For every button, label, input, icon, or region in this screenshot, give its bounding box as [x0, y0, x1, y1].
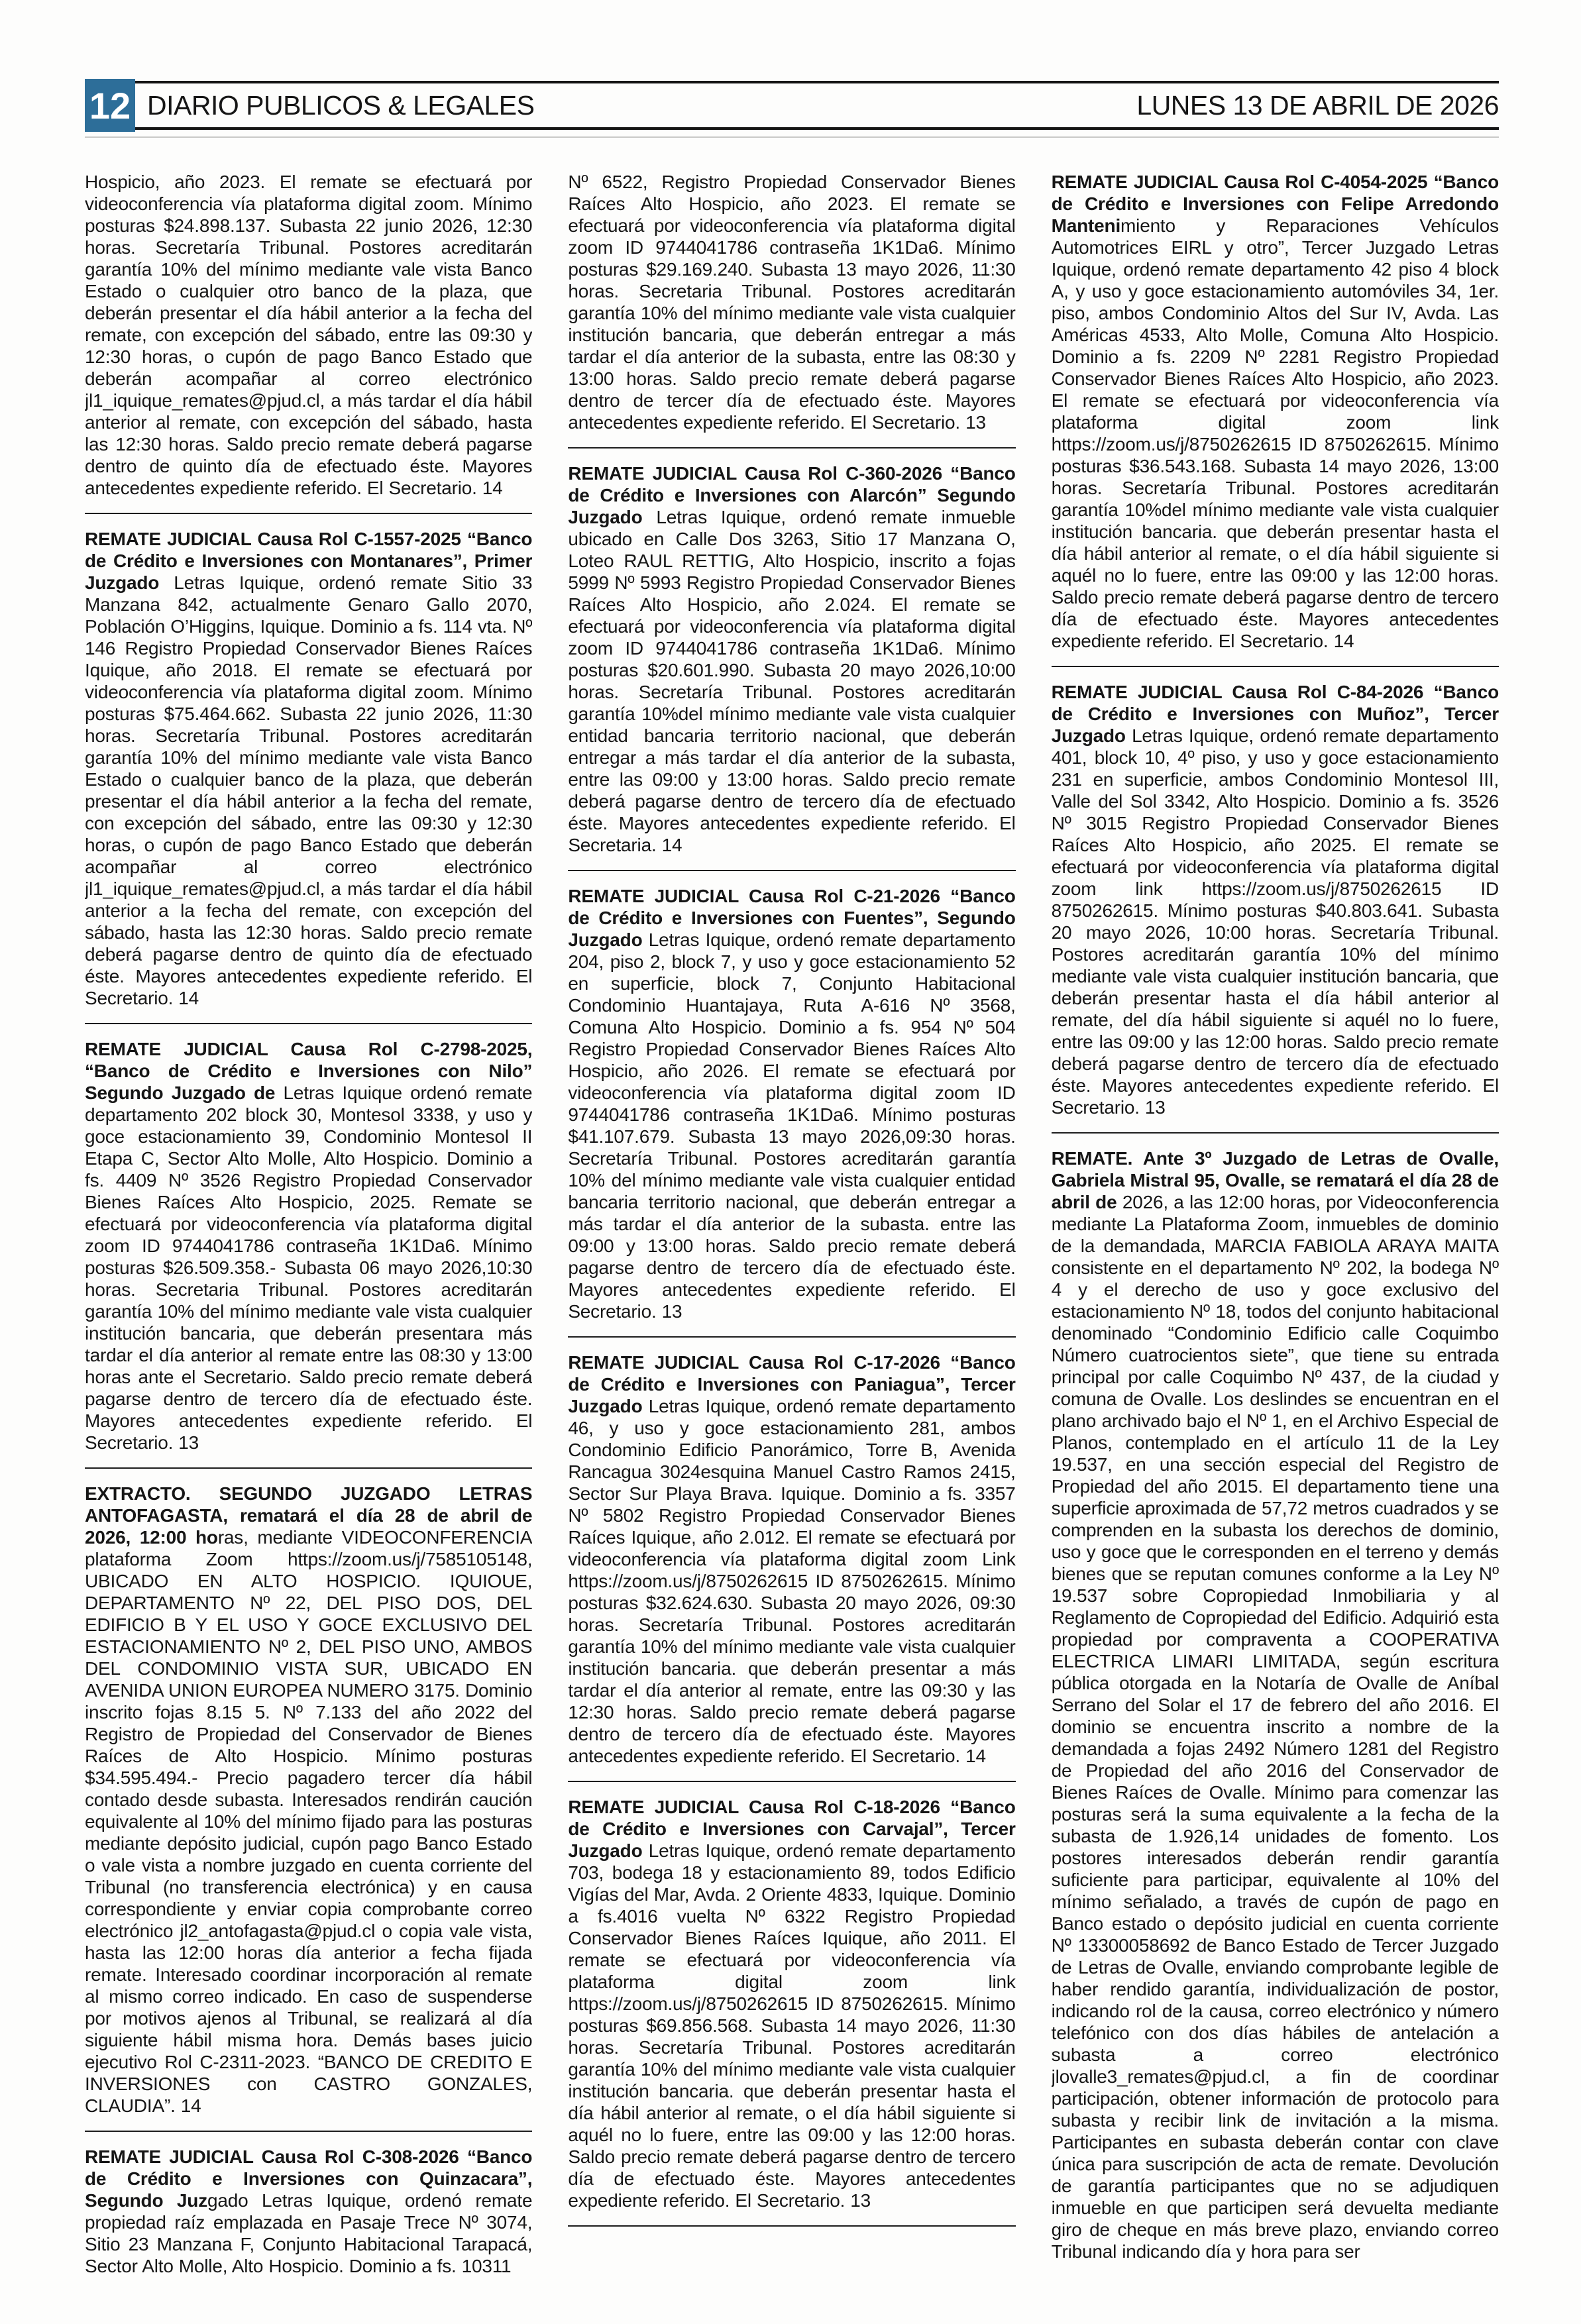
notice-body: miento y Reparaciones Vehículos Automotr…	[1052, 215, 1499, 651]
notice-separator	[1052, 666, 1499, 667]
notice-separator	[85, 513, 532, 514]
page-header: 12 DIARIO PUBLICOS & LEGALES LUNES 13 DE…	[85, 81, 1499, 138]
masthead-title: DIARIO PUBLICOS & LEGALES	[147, 90, 534, 121]
column-2: Nº 6522, Registro Propiedad Conservador …	[568, 171, 1015, 2294]
notice-body: Nº 6522, Registro Propiedad Conservador …	[568, 172, 1015, 433]
header-subrule	[85, 136, 1499, 138]
legal-notice: EXTRACTO. SEGUNDO JUZGADO LETRAS ANTOFAG…	[85, 1483, 532, 2117]
notice-separator	[568, 870, 1015, 871]
legal-notice: REMATE JUDICIAL Causa Rol C-21-2026 “Ban…	[568, 885, 1015, 1322]
legal-notices-columns: Hospicio, año 2023. El remate se efectua…	[85, 171, 1499, 2294]
column-3: REMATE JUDICIAL Causa Rol C-4054-2025 “B…	[1052, 171, 1499, 2294]
legal-notice: REMATE JUDICIAL Causa Rol C-308-2026 “Ba…	[85, 2146, 532, 2277]
notice-separator	[568, 2225, 1015, 2227]
column-1: Hospicio, año 2023. El remate se efectua…	[85, 171, 532, 2294]
legal-notice: REMATE JUDICIAL Causa Rol C-360-2026 “Ba…	[568, 462, 1015, 856]
notice-body: Letras Iquique, ordenó remate departamen…	[1052, 725, 1499, 1118]
notice-body: Hospicio, año 2023. El remate se efectua…	[85, 172, 532, 498]
notice-body: Letras Iquique, ordenó remate departamen…	[568, 929, 1015, 1322]
notice-body: ras, mediante VIDEOCONFERENCIA plataform…	[85, 1527, 532, 2116]
notice-body: Letras Iquique, ordenó remate Sitio 33 M…	[85, 572, 532, 1008]
notice-separator	[85, 2131, 532, 2132]
notice-body: 2026, a las 12:00 horas, por Videoconfer…	[1052, 1192, 1499, 2262]
notice-separator	[568, 1781, 1015, 1782]
legal-notice: REMATE JUDICIAL Causa Rol C-1557-2025 “B…	[85, 528, 532, 1009]
notice-body: Letras Iquique, ordenó remate inmueble u…	[568, 507, 1015, 855]
notice-separator	[85, 1023, 532, 1024]
legal-notice: REMATE JUDICIAL Causa Rol C-84-2026 “Ban…	[1052, 681, 1499, 1118]
legal-notice: REMATE JUDICIAL Causa Rol C-2798-2025, “…	[85, 1038, 532, 1453]
legal-notice: REMATE. Ante 3º Juzgado de Letras de Ova…	[1052, 1147, 1499, 2262]
notice-separator	[568, 1336, 1015, 1338]
issue-date: LUNES 13 DE ABRIL DE 2026	[1136, 90, 1499, 121]
notice-body: Letras Iquique, ordenó remate departamen…	[568, 1840, 1015, 2211]
notice-separator	[568, 447, 1015, 449]
legal-notice: Hospicio, año 2023. El remate se efectua…	[85, 171, 532, 499]
notice-body: Letras Iquique, ordenó remate departamen…	[568, 1396, 1015, 1766]
notice-body: Letras Iquique ordenó remate departament…	[85, 1083, 532, 1453]
legal-notice: REMATE JUDICIAL Causa Rol C-17-2026 “Ban…	[568, 1351, 1015, 1767]
legal-notice: REMATE JUDICIAL Causa Rol C-18-2026 “Ban…	[568, 1796, 1015, 2211]
page-number-badge: 12	[85, 79, 135, 132]
masthead-row: 12 DIARIO PUBLICOS & LEGALES LUNES 13 DE…	[85, 81, 1499, 130]
newspaper-page: 12 DIARIO PUBLICOS & LEGALES LUNES 13 DE…	[0, 0, 1581, 2324]
legal-notice: Nº 6522, Registro Propiedad Conservador …	[568, 171, 1015, 433]
notice-separator	[1052, 1132, 1499, 1134]
notice-separator	[85, 1467, 532, 1469]
legal-notice: REMATE JUDICIAL Causa Rol C-4054-2025 “B…	[1052, 171, 1499, 652]
